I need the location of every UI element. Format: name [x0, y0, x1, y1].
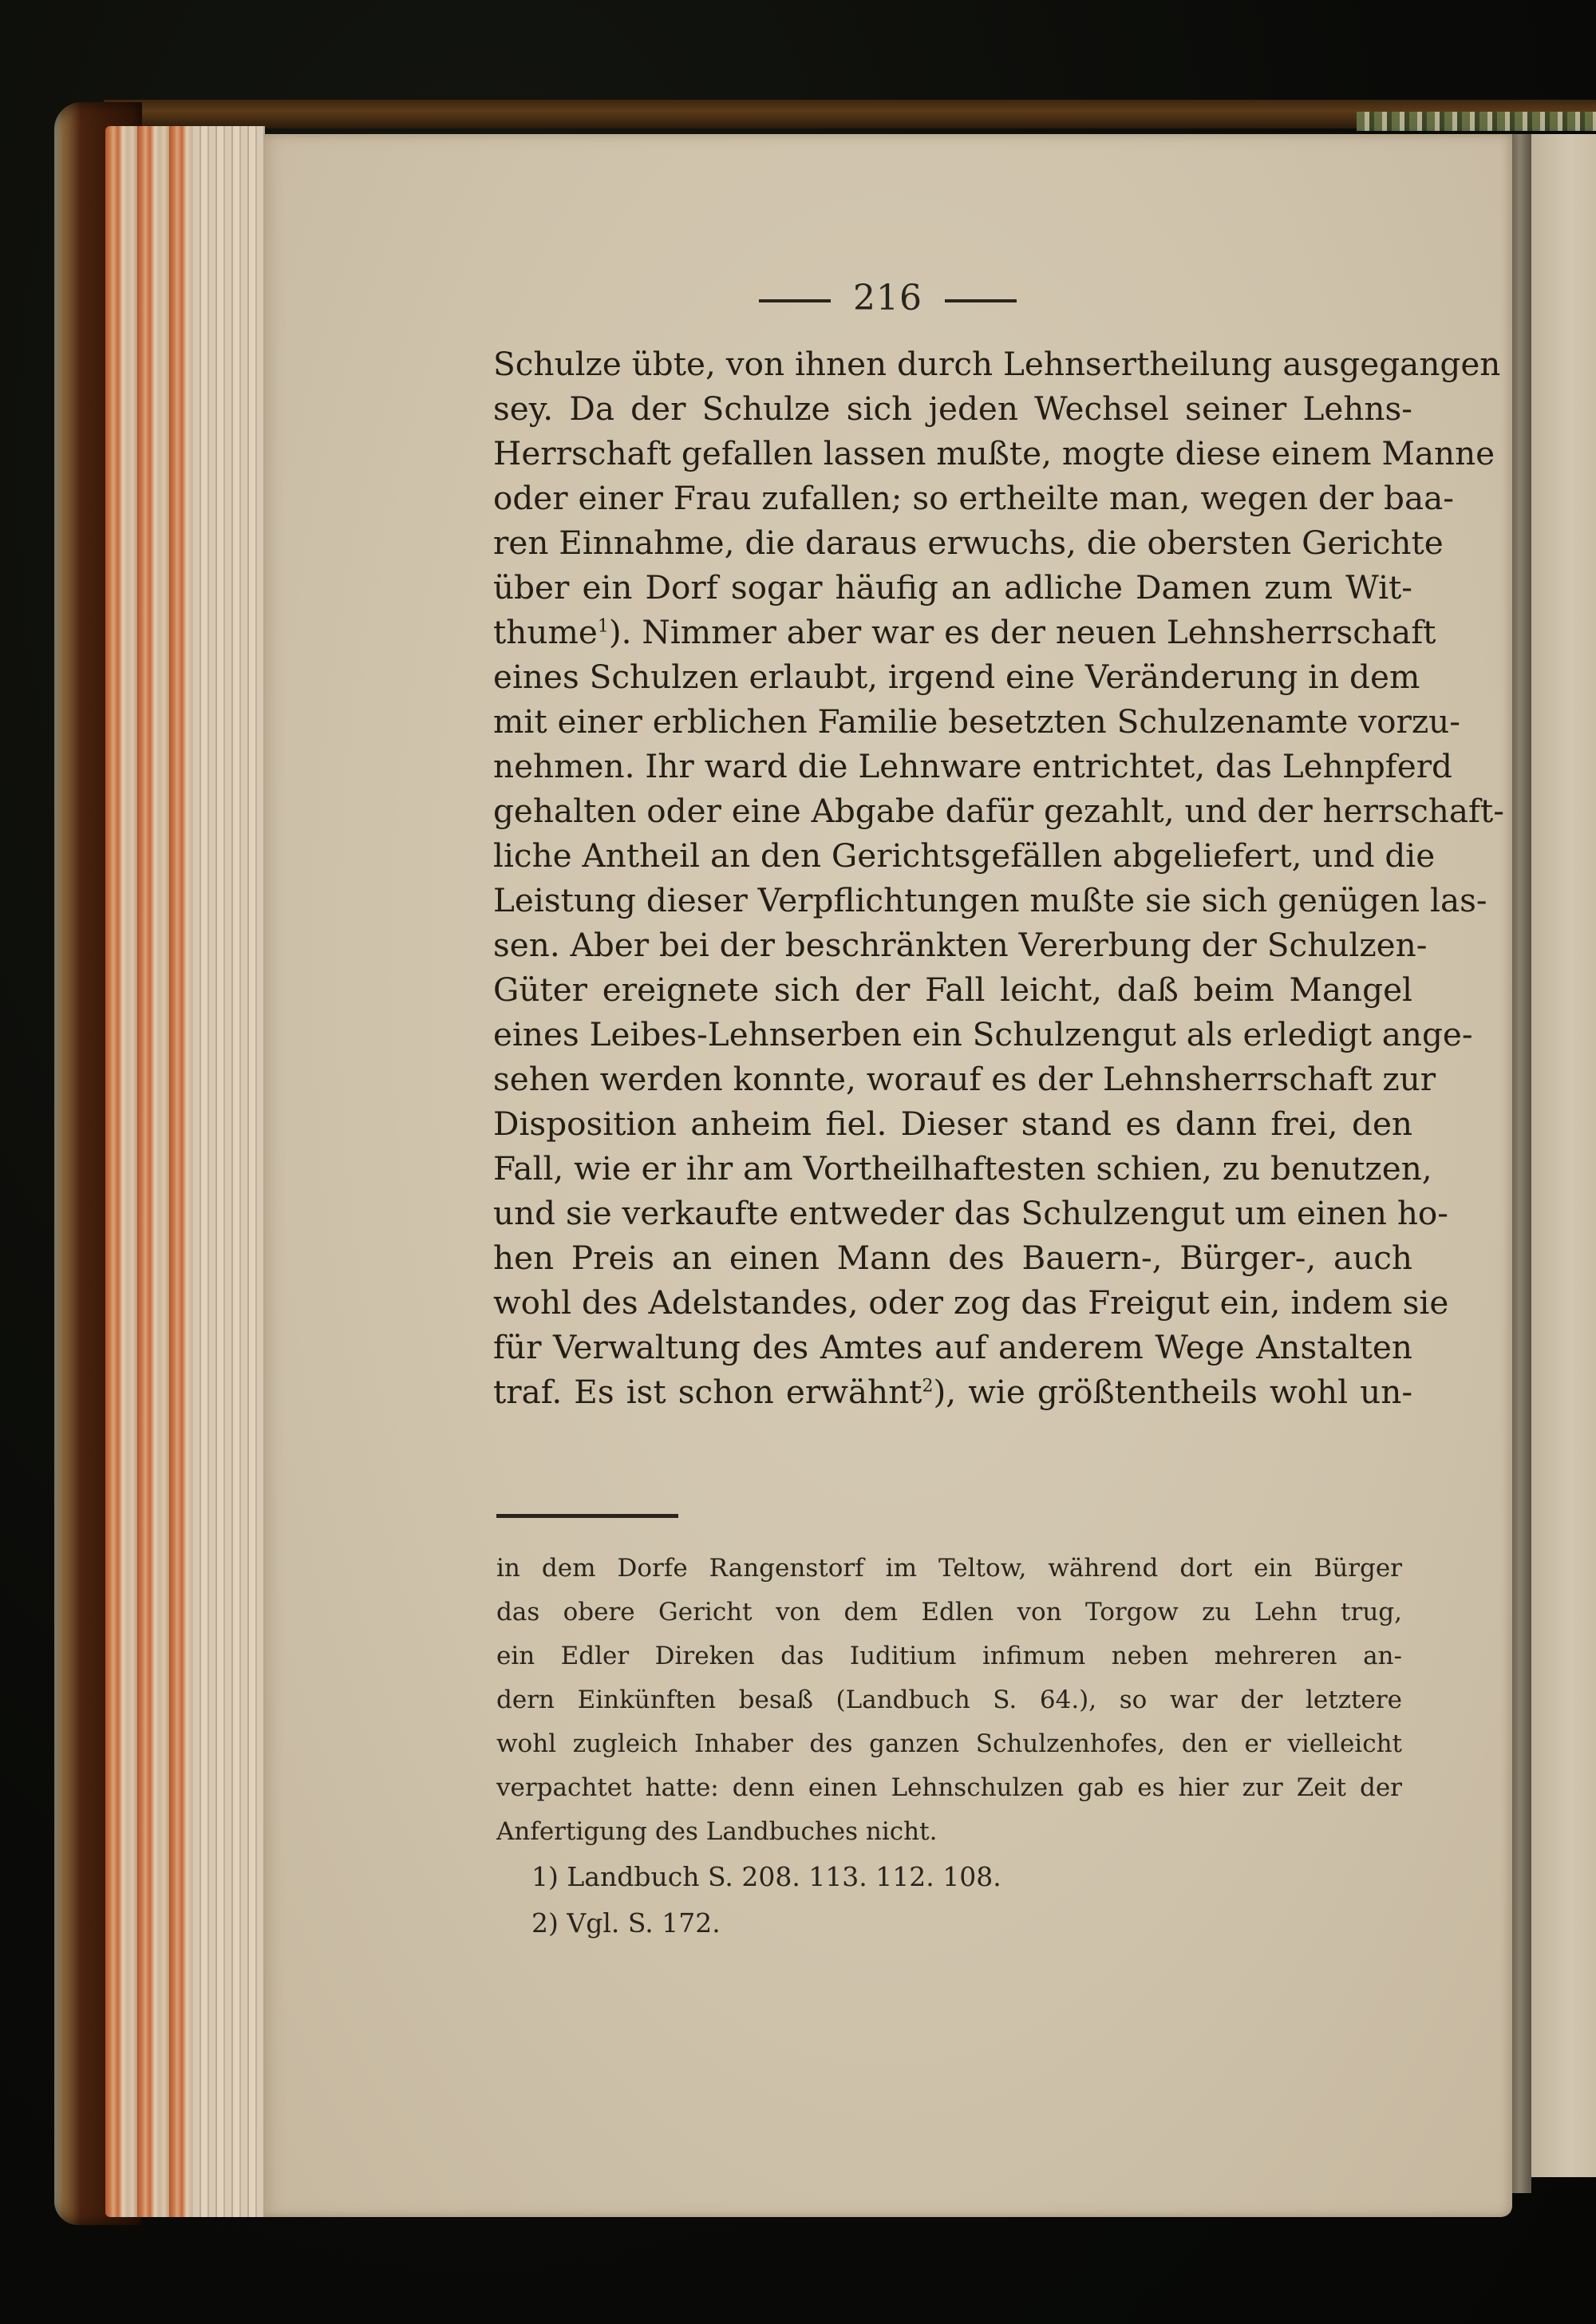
footnote-marker-2[interactable]: 2 — [922, 1377, 933, 1397]
body-line: thume1). Nimmer aber war es der neuen Le… — [493, 610, 1412, 654]
body-line: Fall, wie er ihr am Vortheilhaftesten sc… — [493, 1146, 1412, 1191]
book-headband — [1357, 112, 1596, 131]
body-line: mit einer erblichen Familie besetzten Sc… — [493, 699, 1412, 744]
body-line-text: ). Nimmer aber war es der neuen Lehnsher… — [609, 613, 1436, 651]
body-line: liche Antheil an den Gerichtsgefällen ab… — [493, 833, 1412, 878]
book-gutter — [1512, 134, 1531, 2193]
book-scan: 216 Schulze übte, von ihnen durch Lehnse… — [0, 0, 1596, 2324]
footnote-text: Landbuch S. 208. 113. 112. 108. — [567, 1861, 1001, 1892]
body-line: sey. Da der Schulze sich jeden Wechsel s… — [493, 386, 1412, 431]
ornament-dash-left — [759, 299, 831, 302]
body-line: hen Preis an einen Mann des Bauern-, Bür… — [493, 1235, 1412, 1280]
footnote-continuation-line: das obere Gericht von dem Edlen von Torg… — [496, 1591, 1402, 1634]
body-text: Schulze übte, von ihnen durch Lehnserthe… — [493, 342, 1412, 1414]
body-line: sehen werden konnte, worauf es der Lehns… — [493, 1057, 1412, 1101]
footnote-continuation-line: in dem Dorfe Rangenstorf im Teltow, währ… — [496, 1547, 1402, 1591]
page-number: 216 — [853, 278, 922, 318]
body-line-text: traf. Es ist schon erwähnt — [493, 1373, 922, 1411]
body-line: wohl des Adelstandes, oder zog das Freig… — [493, 1280, 1412, 1325]
body-line: und sie verkaufte entweder das Schulzeng… — [493, 1191, 1412, 1235]
footnote-continuation-line: Anfertigung des Landbuches nicht. — [496, 1810, 1402, 1854]
body-line: Güter ereignete sich der Fall leicht, da… — [493, 967, 1412, 1012]
body-line: Schulze übte, von ihnen durch Lehnserthe… — [493, 342, 1412, 386]
footnote-marker-1[interactable]: 1 — [598, 617, 609, 637]
body-line: sen. Aber bei der beschränkten Vererbung… — [493, 923, 1412, 967]
footnote-continuation-line: dern Einkünften besaß (Landbuch S. 64.),… — [496, 1678, 1402, 1722]
body-line: Disposition anheim fiel. Dieser stand es… — [493, 1101, 1412, 1146]
footnote-text: Vgl. S. 172. — [567, 1907, 720, 1939]
ornament-dash-right — [945, 299, 1017, 302]
footnote-1: 1) Landbuch S. 208. 113. 112. 108. — [496, 1854, 1402, 1900]
body-line: Leistung dieser Verpflichtungen mußte si… — [493, 878, 1412, 923]
body-line: traf. Es ist schon erwähnt2), wie größte… — [493, 1369, 1412, 1414]
body-line-text: thume — [493, 613, 598, 651]
footnotes: in dem Dorfe Rangenstorf im Teltow, währ… — [496, 1547, 1402, 1947]
page-stack-edges — [105, 126, 265, 2217]
body-line: für Verwaltung des Amtes auf anderem Weg… — [493, 1325, 1412, 1369]
body-line: oder einer Frau zufallen; so ertheilte m… — [493, 476, 1412, 520]
footnote-label: 1) — [531, 1861, 559, 1892]
body-line: über ein Dorf sogar häufig an adliche Da… — [493, 565, 1412, 610]
body-line: ren Einnahme, die daraus erwuchs, die ob… — [493, 520, 1412, 565]
footnote-continuation-line: ein Edler Direken das Iuditium infimum n… — [496, 1634, 1402, 1678]
footnote-label: 2) — [531, 1907, 559, 1939]
body-line: gehalten oder eine Abgabe dafür gezahlt,… — [493, 788, 1412, 833]
footnote-separator-rule — [496, 1514, 678, 1518]
facing-page-edge — [1531, 134, 1596, 2177]
body-line: eines Leibes-Lehnserben ein Schulzengut … — [493, 1012, 1412, 1057]
running-head: 216 — [263, 278, 1512, 318]
footnote-continuation-line: wohl zugleich Inhaber des ganzen Schulze… — [496, 1722, 1402, 1766]
body-line: nehmen. Ihr ward die Lehnware entrichtet… — [493, 744, 1412, 788]
footnote-2: 2) Vgl. S. 172. — [496, 1900, 1402, 1947]
footnote-continuation-line: verpachtet hatte: denn einen Lehnschulze… — [496, 1766, 1402, 1810]
body-line: Herrschaft gefallen lassen mußte, mogte … — [493, 431, 1412, 476]
body-line-text: ), wie größtentheils wohl un- — [933, 1373, 1412, 1411]
body-line: eines Schulzen erlaubt, irgend eine Verä… — [493, 654, 1412, 699]
